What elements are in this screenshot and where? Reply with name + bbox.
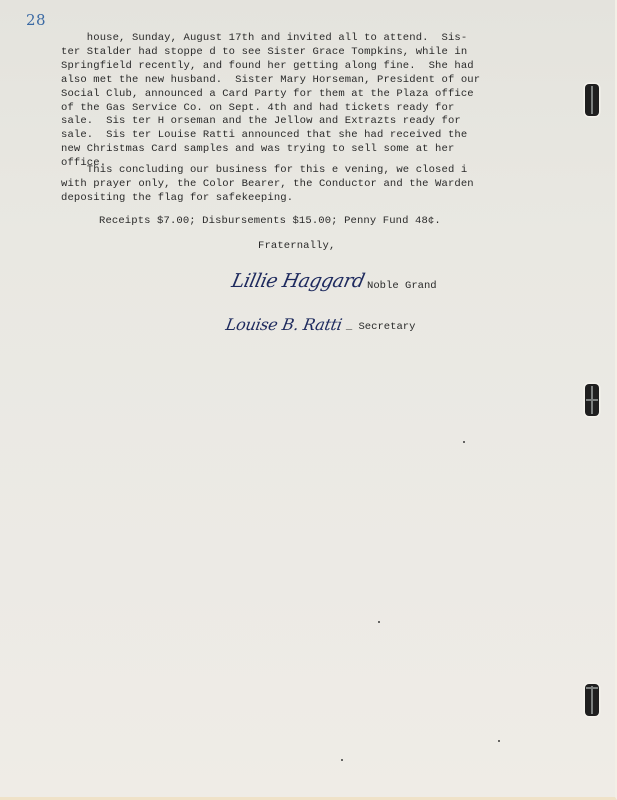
page-number: 28 xyxy=(26,11,46,29)
handwritten-signature: Lillie Haggard xyxy=(230,270,367,292)
paper-speck xyxy=(378,621,380,623)
signature-title: _ Secretary xyxy=(346,321,416,333)
binder-hole-icon xyxy=(585,684,599,716)
binder-hole-icon xyxy=(585,384,599,416)
paper-speck xyxy=(341,759,343,761)
paragraph-minutes-continued: house, Sunday, August 17th and invited a… xyxy=(61,32,480,171)
paragraph-closing-business: This concluding our business for this e … xyxy=(61,164,474,206)
binder-hole-icon xyxy=(585,84,599,116)
handwritten-signature: Louise B. Ratti xyxy=(224,315,343,334)
closing-salutation: Fraternally, xyxy=(258,240,335,254)
hole-crossbar xyxy=(586,687,598,689)
signature-title: Noble Grand xyxy=(367,280,437,292)
paper-speck xyxy=(463,441,465,443)
signature-secretary: Louise B. Ratti _ Secretary xyxy=(226,315,415,334)
receipts-line: Receipts $7.00; Disbursements $15.00; Pe… xyxy=(99,215,441,229)
signature-noble-grand: Lillie Haggard Noble Grand xyxy=(232,270,437,292)
paper-speck xyxy=(498,740,500,742)
hole-crossbar xyxy=(586,399,598,401)
document-page: 28 house, Sunday, August 17th and invite… xyxy=(0,0,617,800)
